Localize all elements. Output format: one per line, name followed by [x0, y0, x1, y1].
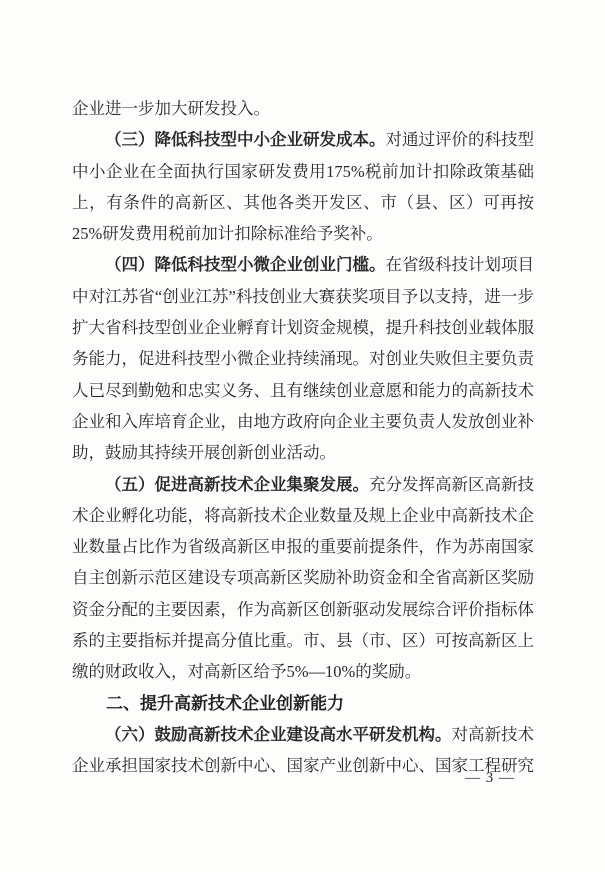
paragraph-item-4: （四）降低科技型小微企业创业门槛。在省级科技计划项目中对江苏省“创业江苏”科技创… [72, 249, 534, 468]
paragraph-continued: 企业进一步加大研发投入。 [72, 93, 534, 124]
paragraph-item-5: （五）促进高新技术企业集聚发展。充分发挥高新区高新技术企业孵化功能，将高新技术企… [72, 469, 534, 688]
paragraph-item-3: （三）降低科技型中小企业研发成本。对通过评价的科技型中小企业在全面执行国家研发费… [72, 124, 534, 249]
document-content: 企业进一步加大研发投入。 （三）降低科技型中小企业研发成本。对通过评价的科技型中… [72, 93, 534, 782]
paragraph-lead: （六）鼓励高新技术企业建设高水平研发机构。 [105, 725, 452, 744]
section-heading: 二、提升高新技术企业创新能力 [72, 688, 534, 719]
paragraph-body: 充分发挥高新区高新技术企业孵化功能，将高新技术企业数量及规上企业中高新技术企业数… [72, 475, 534, 682]
paragraph-lead: （五）促进高新技术企业集聚发展。 [105, 475, 369, 494]
paragraph-body: 在省级科技计划项目中对江苏省“创业江苏”科技创业大赛获奖项目予以支持，进一步扩大… [72, 255, 534, 462]
paragraph-lead: （四）降低科技型小微企业创业门槛。 [105, 255, 386, 274]
page-number: — 3 — [465, 770, 515, 787]
document-page: 企业进一步加大研发投入。 （三）降低科技型中小企业研发成本。对通过评价的科技型中… [0, 0, 605, 872]
paragraph-lead: （三）降低科技型中小企业研发成本。 [105, 130, 386, 149]
